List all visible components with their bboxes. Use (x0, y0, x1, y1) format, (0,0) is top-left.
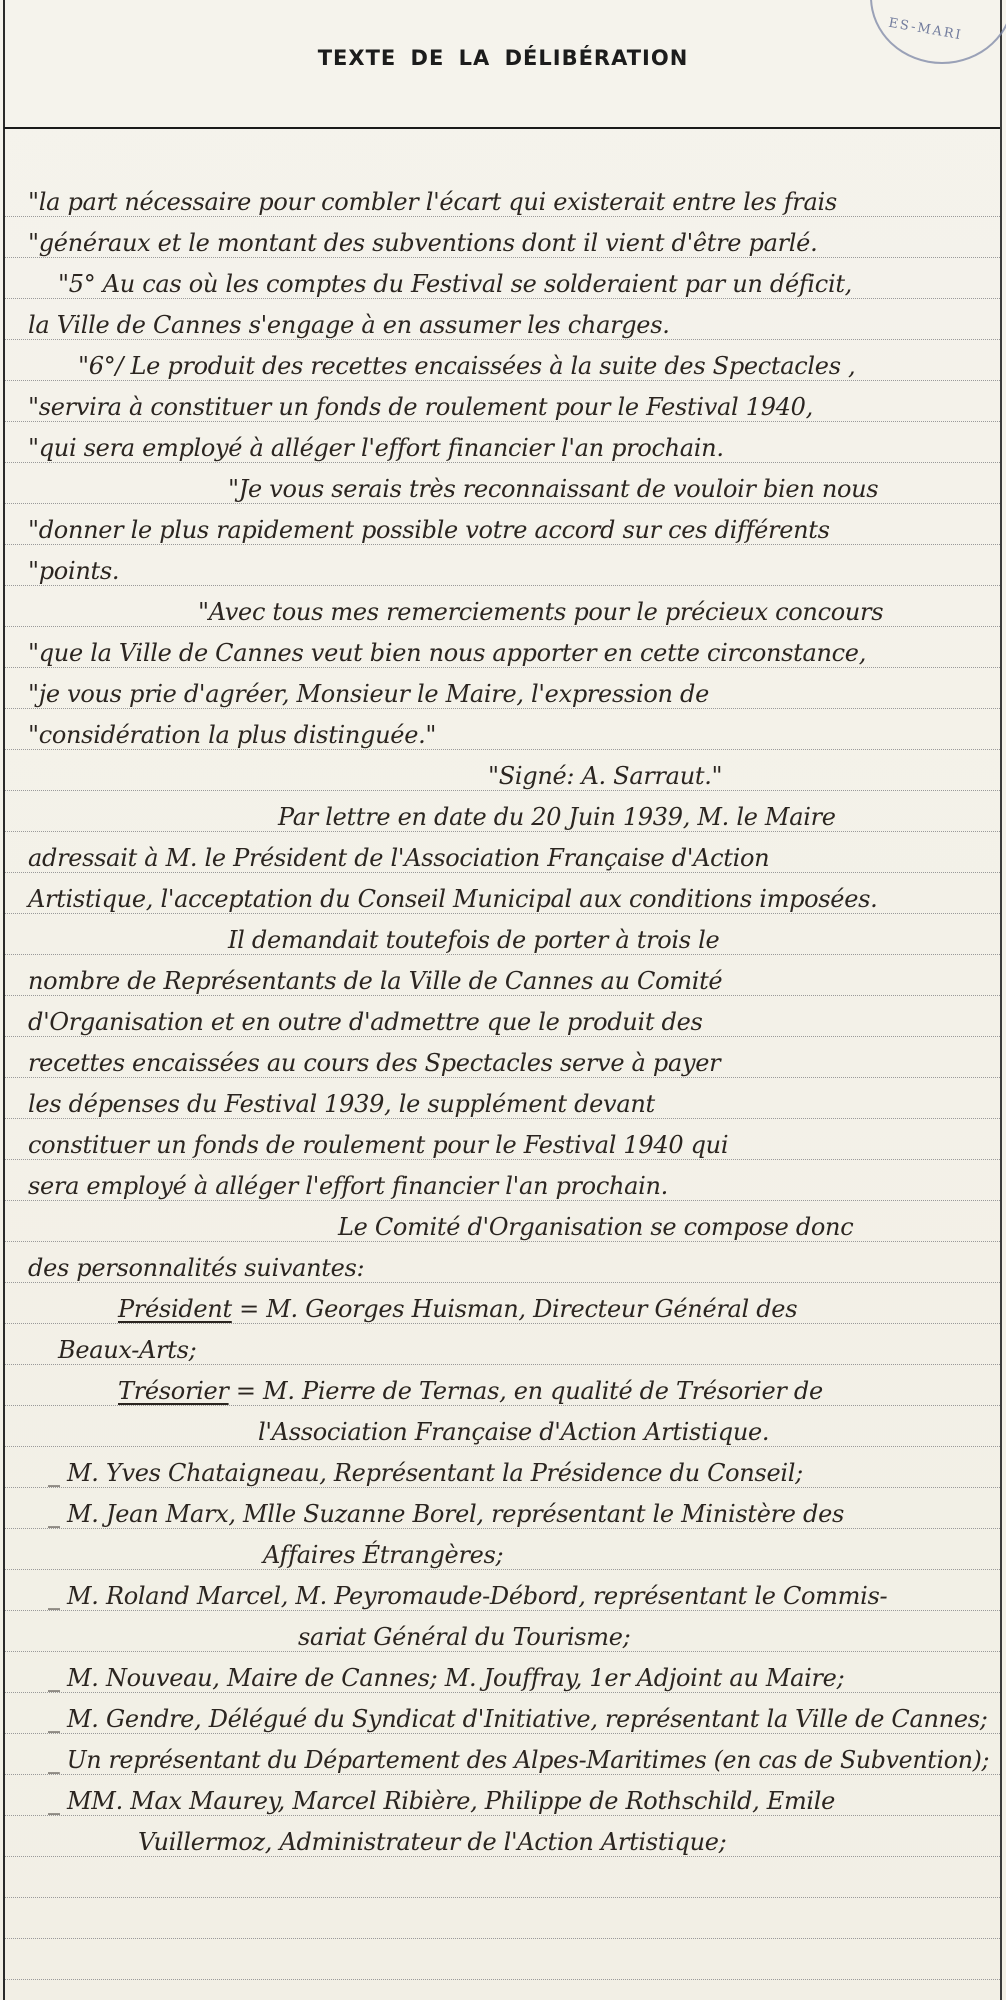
ruling-line (5, 421, 1000, 422)
text-line: nombre de Représentants de la Ville de C… (28, 967, 722, 995)
ruling-line (5, 1651, 1000, 1652)
ruling-line (5, 1856, 1000, 1857)
ruling-line (5, 913, 1000, 914)
committee-member-line: _ Un représentant du Département des Alp… (48, 1746, 989, 1774)
text-line: "généraux et le montant des subventions … (28, 229, 817, 257)
register-page: ES-MARI TEXTE DE LA DÉLIBÉRATION "la par… (0, 0, 1006, 2000)
ruling-line (5, 1446, 1000, 1447)
committee-member-line: Beaux-Arts; (58, 1336, 196, 1364)
text-line: "je vous prie d'agréer, Monsieur le Mair… (28, 680, 709, 708)
ruling-line (5, 1528, 1000, 1529)
text-line: la Ville de Cannes s'engage à en assumer… (28, 311, 670, 339)
ruling-line (5, 216, 1000, 217)
member-text: Beaux-Arts; (58, 1336, 196, 1364)
role-label: Trésorier (118, 1377, 229, 1405)
member-text: _ Un représentant du Département des Alp… (48, 1746, 989, 1774)
text-line: des personnalités suivantes: (28, 1254, 364, 1282)
member-text: Vuillermoz, Administrateur de l'Action A… (138, 1828, 726, 1856)
member-text: l'Association Française d'Action Artisti… (258, 1418, 769, 1446)
text-line: adressait à M. le Président de l'Associa… (28, 844, 769, 872)
committee-member-line: _ M. Jean Marx, Mlle Suzanne Borel, repr… (48, 1500, 844, 1528)
member-text: _ M. Jean Marx, Mlle Suzanne Borel, repr… (48, 1500, 844, 1528)
ruling-line (5, 585, 1000, 586)
text-line: Le Comité d'Organisation se compose donc (338, 1213, 853, 1241)
member-text: = M. Pierre de Ternas, en qualité de Tré… (229, 1377, 823, 1405)
ruling-line (5, 872, 1000, 873)
ruling-line (5, 790, 1000, 791)
ruling-line (5, 1938, 1000, 1939)
member-text: _ M. Nouveau, Maire de Cannes; M. Jouffr… (48, 1664, 844, 1692)
text-line: recettes encaissées au cours des Spectac… (28, 1049, 720, 1077)
ruling-line (5, 380, 1000, 381)
ruling-line (5, 667, 1000, 668)
ruling-line (5, 995, 1000, 996)
text-line: "Avec tous mes remerciements pour le pré… (198, 598, 883, 626)
committee-member-line: _ M. Roland Marcel, M. Peyromaude-Débord… (48, 1582, 887, 1610)
committee-member-line: Affaires Étrangères; (263, 1541, 503, 1569)
ruling-line (5, 1077, 1000, 1078)
ruling-line (5, 1569, 1000, 1570)
ruling-line (5, 1200, 1000, 1201)
text-line: "donner le plus rapidement possible votr… (28, 516, 830, 544)
committee-member-line: Président = M. Georges Huisman, Directeu… (118, 1295, 797, 1323)
ruling-line (5, 1815, 1000, 1816)
text-line: "Je vous serais très reconnaissant de vo… (228, 475, 878, 503)
ruling-line (5, 339, 1000, 340)
ruling-line (5, 1241, 1000, 1242)
ruling-line (5, 1733, 1000, 1734)
text-line: "servira à constituer un fonds de roulem… (28, 393, 813, 421)
ruling-line (5, 1774, 1000, 1775)
ruling-line (5, 1036, 1000, 1037)
text-line: "considération la plus distinguée." (28, 721, 436, 749)
ruling-line (5, 1364, 1000, 1365)
committee-member-line: _ M. Yves Chataigneau, Représentant la P… (48, 1459, 803, 1487)
ruling-line (5, 1692, 1000, 1693)
committee-member-line: Trésorier = M. Pierre de Ternas, en qual… (118, 1377, 823, 1405)
committee-member-line: _ MM. Max Maurey, Marcel Ribière, Philip… (48, 1787, 835, 1815)
committee-member-line: _ M. Gendre, Délégué du Syndicat d'Initi… (48, 1705, 988, 1733)
role-label: Président (118, 1295, 232, 1323)
ruling-line (5, 1405, 1000, 1406)
text-line: constituer un fonds de roulement pour le… (28, 1131, 728, 1159)
text-line: sera employé à alléger l'effort financie… (28, 1172, 668, 1200)
ruling-line (5, 954, 1000, 955)
text-line: "la part nécessaire pour combler l'écart… (28, 188, 837, 216)
ruling-line (5, 298, 1000, 299)
ruling-line (5, 1282, 1000, 1283)
text-line: "5° Au cas où les comptes du Festival se… (58, 270, 852, 298)
ruling-line (5, 503, 1000, 504)
ruling-line (5, 1487, 1000, 1488)
ruling-line (5, 1159, 1000, 1160)
ruling-line (5, 831, 1000, 832)
ruling-line (5, 257, 1000, 258)
text-line: les dépenses du Festival 1939, le supplé… (28, 1090, 655, 1118)
committee-member-line: _ M. Nouveau, Maire de Cannes; M. Jouffr… (48, 1664, 844, 1692)
right-margin-rule (1000, 0, 1002, 2000)
text-line: Artistique, l'acceptation du Conseil Mun… (28, 885, 877, 913)
text-line: "que la Ville de Cannes veut bien nous a… (28, 639, 866, 667)
ruling-line (5, 544, 1000, 545)
committee-member-line: l'Association Française d'Action Artisti… (258, 1418, 769, 1446)
text-line: Par lettre en date du 20 Juin 1939, M. l… (278, 803, 836, 831)
text-line: "qui sera employé à alléger l'effort fin… (28, 434, 724, 462)
ruled-lines (5, 0, 1000, 2000)
text-line: "6°/ Le produit des recettes encaissées … (78, 352, 855, 380)
ruling-line (5, 1610, 1000, 1611)
member-text: = M. Georges Huisman, Directeur Général … (232, 1295, 797, 1323)
ruling-line (5, 749, 1000, 750)
member-text: _ M. Roland Marcel, M. Peyromaude-Débord… (48, 1582, 887, 1610)
text-line: "points. (28, 557, 119, 585)
ruling-line (5, 626, 1000, 627)
text-line: "Signé: A. Sarraut." (488, 762, 722, 790)
member-text: sariat Général du Tourisme; (298, 1623, 630, 1651)
member-text: _ MM. Max Maurey, Marcel Ribière, Philip… (48, 1787, 835, 1815)
text-line: Il demandait toutefois de porter à trois… (228, 926, 719, 954)
member-text: _ M. Gendre, Délégué du Syndicat d'Initi… (48, 1705, 988, 1733)
ruling-line (5, 462, 1000, 463)
ruling-line (5, 1118, 1000, 1119)
ruling-line (5, 1897, 1000, 1898)
member-text: Affaires Étrangères; (263, 1541, 503, 1569)
text-line: d'Organisation et en outre d'admettre qu… (28, 1008, 703, 1036)
ruling-line (5, 1979, 1000, 1980)
committee-member-line: Vuillermoz, Administrateur de l'Action A… (138, 1828, 726, 1856)
committee-member-line: sariat Général du Tourisme; (298, 1623, 630, 1651)
ruling-line (5, 708, 1000, 709)
ruling-line (5, 1323, 1000, 1324)
member-text: _ M. Yves Chataigneau, Représentant la P… (48, 1459, 803, 1487)
